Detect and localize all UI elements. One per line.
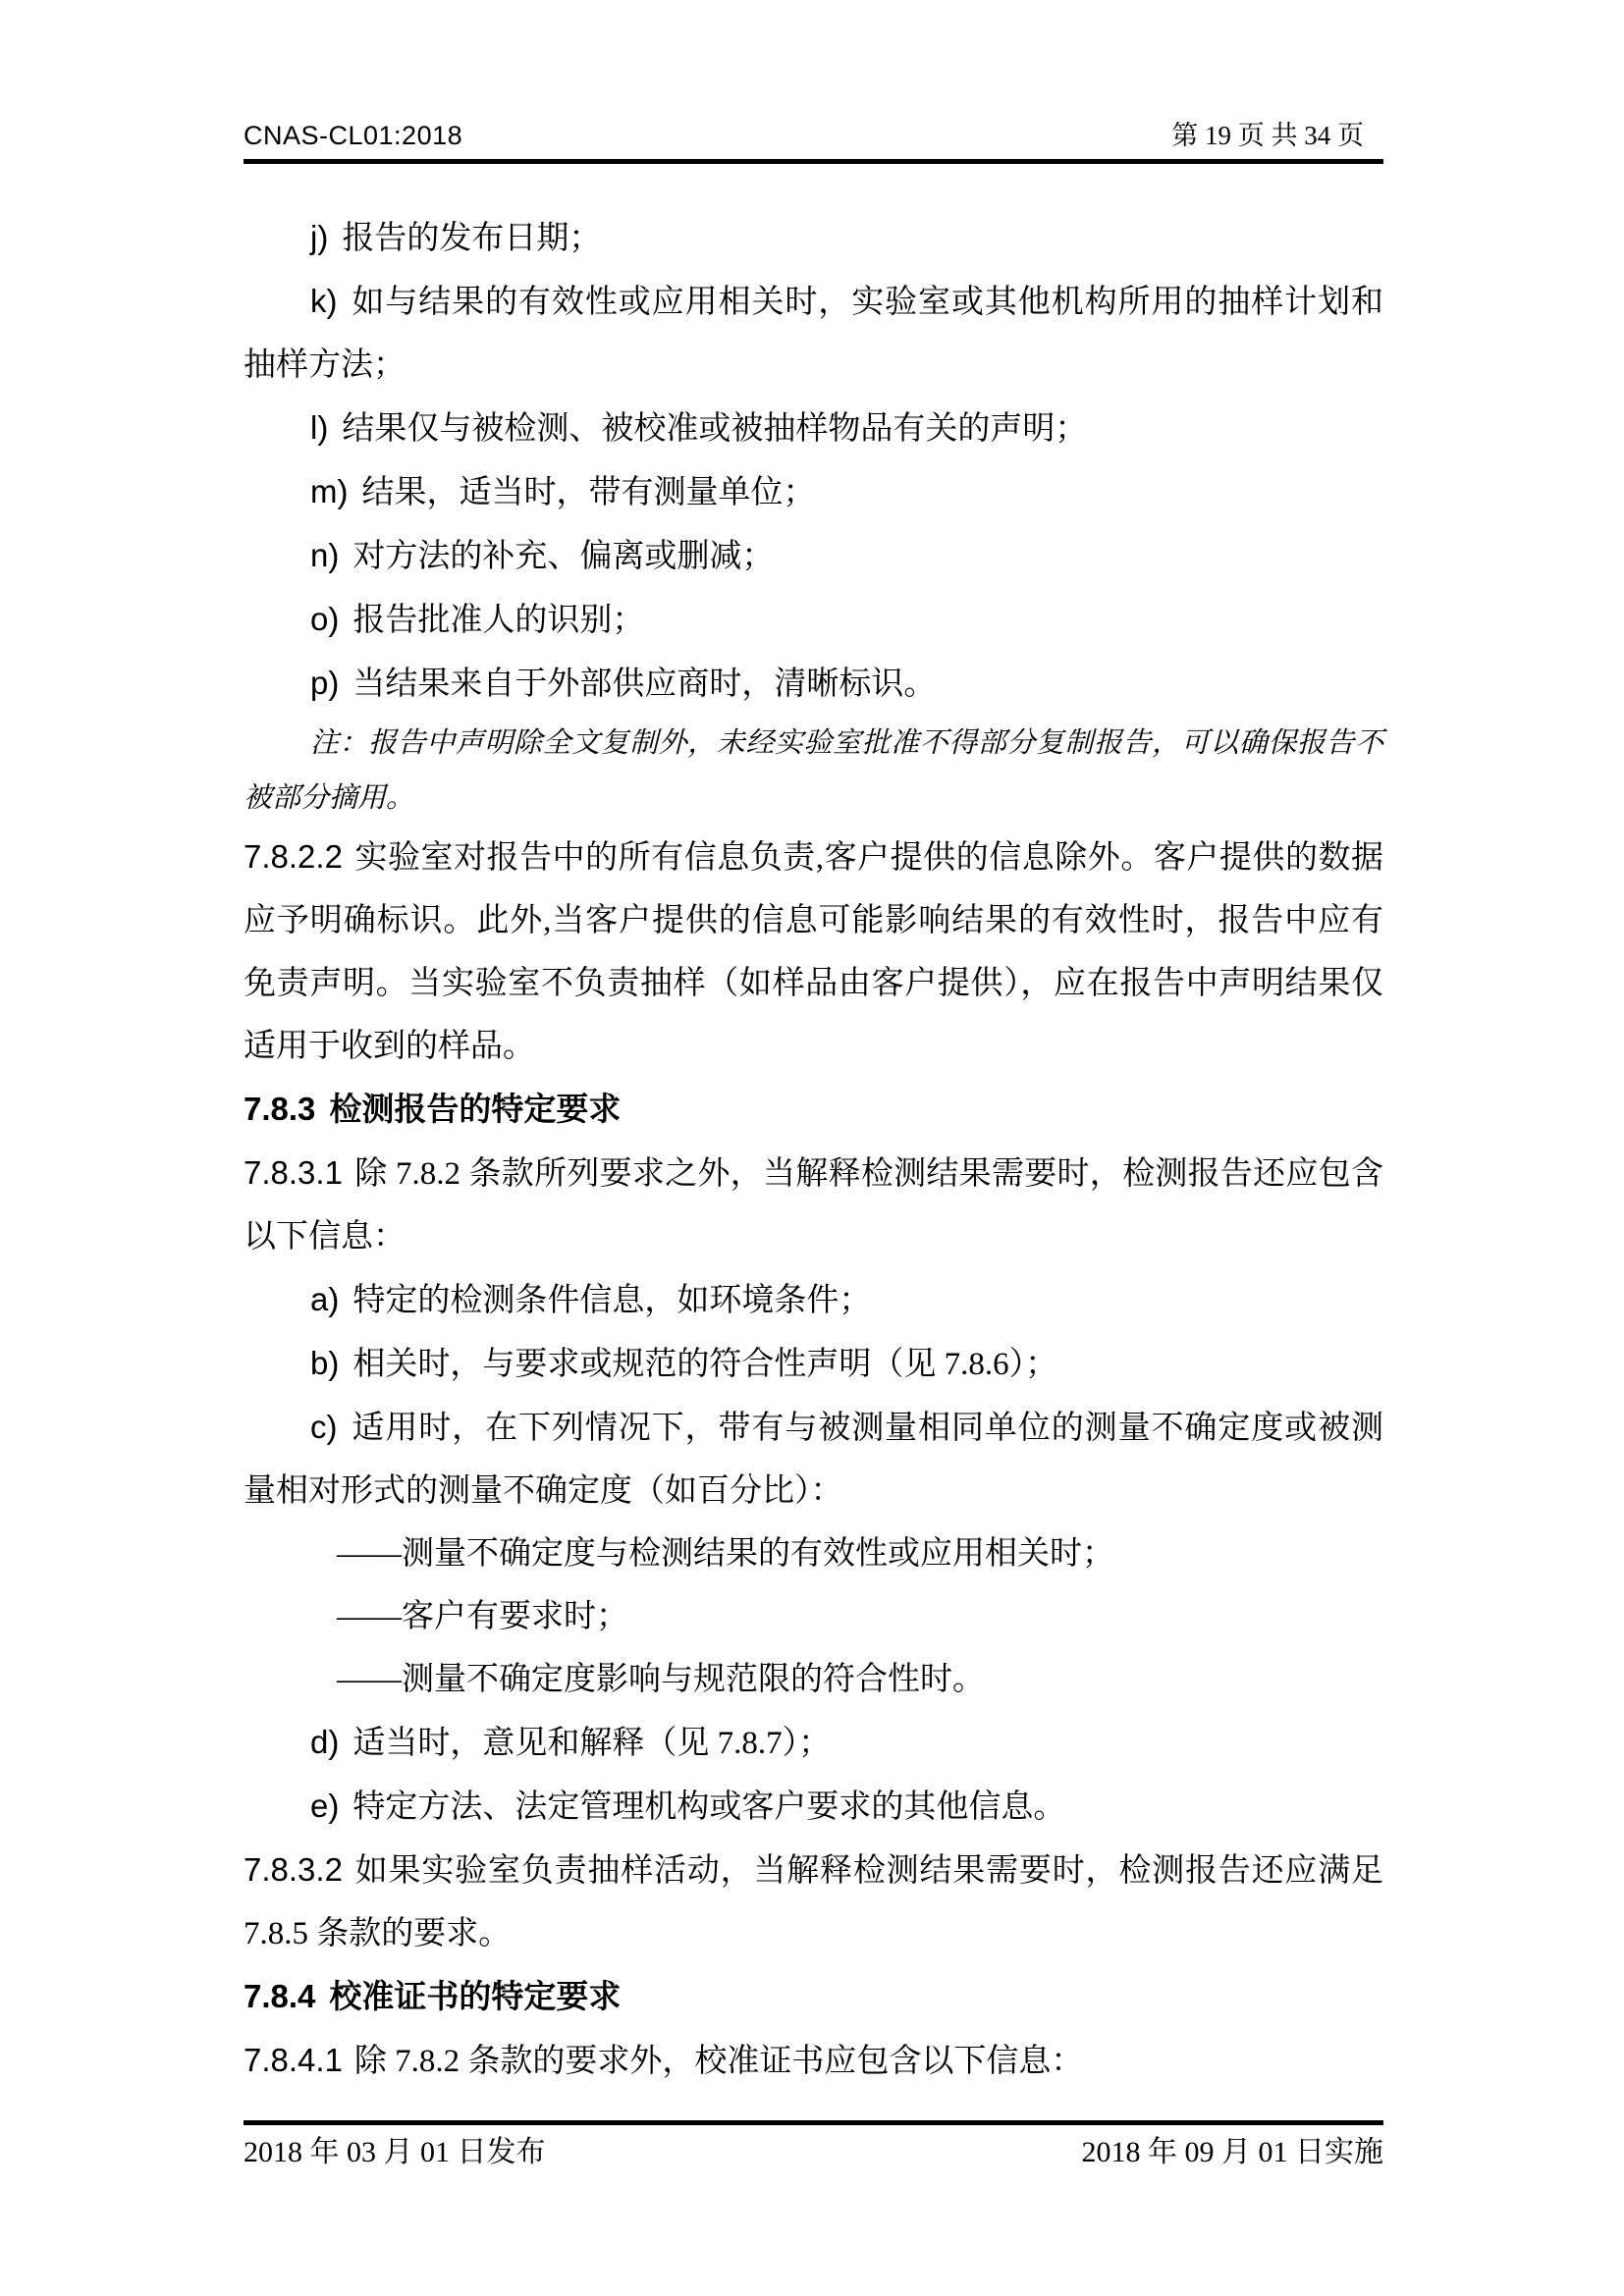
list-letter: m)	[310, 473, 348, 509]
paragraph-list-item: p)当结果来自于外部供应商时，清晰标识。	[244, 652, 1383, 716]
list-letter: n)	[310, 537, 339, 573]
footer-rule	[244, 2120, 1383, 2125]
document-code: CNAS-CL01:2018	[244, 121, 462, 150]
paragraph-list-item: n)对方法的补充、偏离或删减；	[244, 524, 1383, 588]
list-letter: a)	[310, 1281, 339, 1317]
clause-number: 7.8.3	[244, 1091, 315, 1127]
paragraph-dash-item: ——客户有要求时；	[244, 1585, 1383, 1648]
paragraph-heading: 7.8.3检测报告的特定要求	[244, 1078, 1383, 1142]
list-letter: c)	[310, 1409, 338, 1445]
paragraph-heading: 7.8.4校准证书的特定要求	[244, 1965, 1383, 2029]
page-number: 第 19 页 共 34 页	[1171, 121, 1383, 150]
document-page: CNAS-CL01:2018 第 19 页 共 34 页 j)报告的发布日期；k…	[0, 0, 1624, 2296]
paragraph-dash-item: ——测量不确定度与检测结果的有效性或应用相关时；	[244, 1522, 1383, 1585]
paragraph-list-item: m)结果，适当时，带有测量单位；	[244, 460, 1383, 524]
list-letter: j)	[310, 219, 328, 255]
paragraph-clause: 7.8.3.2如果实验室负责抽样活动，当解释检测结果需要时，检测报告还应满足 7…	[244, 1839, 1383, 1965]
paragraph-list-item: l)结果仅与被检测、被校准或被抽样物品有关的声明；	[244, 397, 1383, 460]
paragraph-list-item: c)适用时，在下列情况下，带有与被测量相同单位的测量不确定度或被测量相对形式的测…	[244, 1396, 1383, 1522]
list-letter: d)	[310, 1724, 339, 1760]
paragraph-list-item: j)报告的发布日期；	[244, 206, 1383, 270]
paragraph-list-item: d)适当时，意见和解释（见 7.8.7）；	[244, 1711, 1383, 1775]
paragraph-list-item: e)特定方法、法定管理机构或客户要求的其他信息。	[244, 1775, 1383, 1839]
paragraph-clause: 7.8.4.1除 7.8.2 条款的要求外，校准证书应包含以下信息：	[244, 2029, 1383, 2093]
document-body: j)报告的发布日期；k)如与结果的有效性或应用相关时，实验室或其他机构所用的抽样…	[244, 206, 1383, 2093]
clause-number: 7.8.3.1	[244, 1154, 343, 1191]
page-header: CNAS-CL01:2018 第 19 页 共 34 页	[244, 0, 1383, 164]
list-letter: l)	[310, 409, 328, 446]
paragraph-clause: 7.8.3.1除 7.8.2 条款所列要求之外，当解释检测结果需要时，检测报告还…	[244, 1142, 1383, 1268]
list-letter: e)	[310, 1788, 339, 1824]
page-footer: 2018 年 03 月 01 日发布 2018 年 09 月 01 日实施	[244, 2132, 1383, 2173]
list-letter: b)	[310, 1345, 339, 1381]
paragraph-list-item: a)特定的检测条件信息，如环境条件；	[244, 1268, 1383, 1332]
clause-number: 7.8.4.1	[244, 2042, 343, 2078]
clause-number: 7.8.2.2	[244, 838, 343, 875]
release-date: 2018 年 03 月 01 日发布	[244, 2132, 546, 2173]
clause-number: 7.8.3.2	[244, 1851, 343, 1888]
paragraph-list-item: k)如与结果的有效性或应用相关时，实验室或其他机构所用的抽样计划和抽样方法；	[244, 270, 1383, 397]
clause-number: 7.8.4	[244, 1978, 315, 2014]
implement-date: 2018 年 09 月 01 日实施	[1082, 2132, 1384, 2173]
paragraph-list-item: o)报告批准人的识别；	[244, 588, 1383, 652]
list-letter: o)	[310, 601, 339, 637]
list-letter: p)	[310, 665, 339, 701]
list-letter: k)	[310, 283, 338, 319]
paragraph-dash-item: ——测量不确定度影响与规范限的符合性时。	[244, 1648, 1383, 1711]
paragraph-list-item: b)相关时，与要求或规范的符合性声明（见 7.8.6）；	[244, 1332, 1383, 1396]
paragraph-note: 注：报告中声明除全文复制外，未经实验室批准不得部分复制报告，可以确保报告不被部分…	[244, 716, 1383, 826]
paragraph-clause: 7.8.2.2实验室对报告中的所有信息负责,客户提供的信息除外。客户提供的数据应…	[244, 826, 1383, 1078]
